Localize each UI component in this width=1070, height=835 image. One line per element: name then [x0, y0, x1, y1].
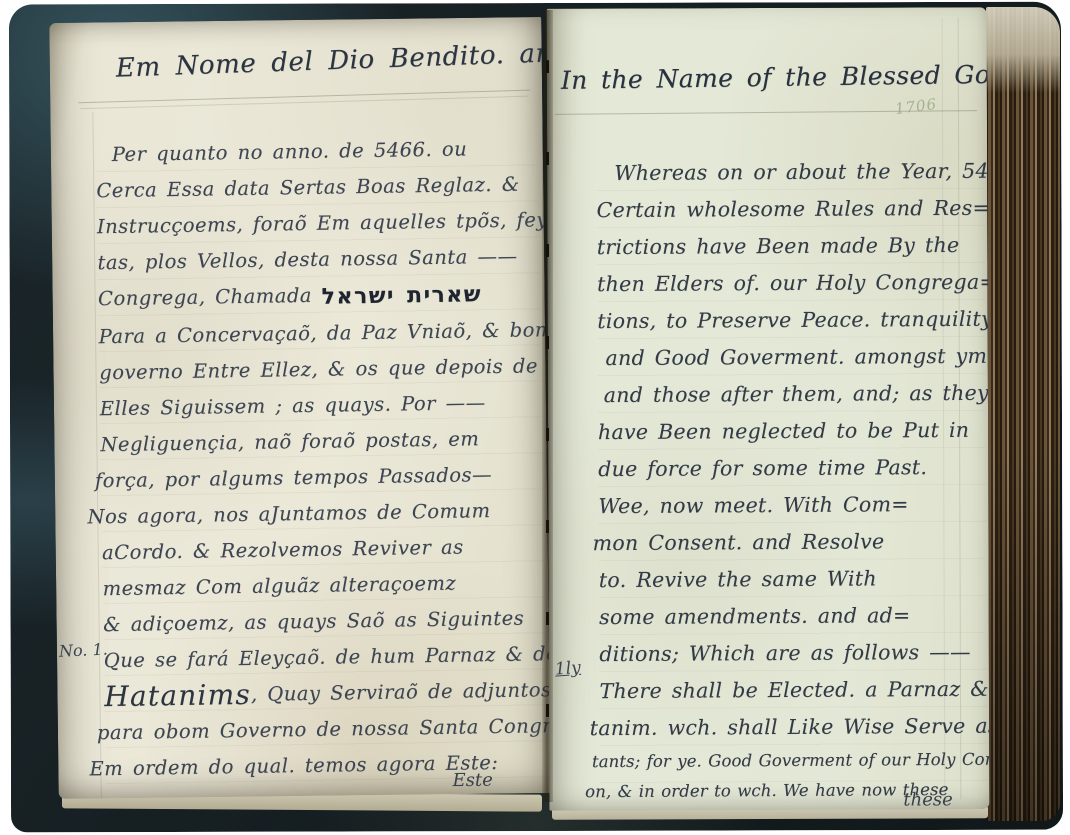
right-catchword: these	[903, 789, 952, 810]
page-edge-stack	[986, 7, 1060, 821]
manuscript-photo: Em Nome del Dio Bendito. amen Per quanto…	[0, 0, 1070, 835]
manuscript-line: ditions; Which are as follows ——	[599, 634, 987, 673]
line-text: Congrega, Chamada	[98, 284, 322, 311]
right-page-header: In the Name of the Blessed God. Amen~~~	[561, 57, 990, 94]
manuscript-line: and those after them, and; as they	[604, 375, 986, 414]
faded-date-note: 1706	[894, 95, 938, 118]
line-text: , Quay Serviraõ de adjuntos	[251, 678, 551, 706]
left-margin-article-number: No. 1.	[59, 640, 109, 661]
right-margin-article-number: 1ly	[554, 658, 581, 680]
left-catchword: Este	[452, 770, 493, 791]
left-page: Em Nome del Dio Bendito. amen Per quanto…	[49, 17, 550, 799]
manuscript-line: have Been neglected to be Put in	[598, 412, 986, 451]
manuscript-line: due force for some time Past.	[598, 449, 986, 488]
manuscript-line: Nos agora, nos aJuntamos de Comum	[87, 492, 544, 535]
hebrew-congregation-name: שארית ישראל	[321, 282, 482, 310]
manuscript-line: trictions have Been made By the	[597, 227, 985, 266]
manuscript-line: Wee, now meet. With Com=	[598, 486, 986, 525]
right-page-body: Whereas on or about the Year, 5466 Certa…	[596, 153, 988, 807]
manuscript-line: tions, to Preserve Peace. tranquility.	[597, 301, 985, 340]
manuscript-line: Whereas on or about the Year, 5466	[614, 153, 984, 192]
binding-gutter	[542, 10, 553, 802]
header-rule	[80, 96, 528, 110]
manuscript-line: tants; for ye. Good Goverment of our Hol…	[592, 745, 988, 777]
binding-stitches	[546, 60, 549, 770]
right-page: In the Name of the Blessed God. Amen~~~ …	[547, 7, 990, 811]
left-page-body: Per quanto no anno. de 5466. ou Cerca Es…	[96, 130, 548, 787]
header-text: In the Name of the Blessed God. Amen	[561, 58, 990, 95]
manuscript-line: tanim. wch. shall Like Wise Serve as ass…	[590, 708, 988, 747]
manuscript-line: mon Consent. and Resolve	[593, 523, 987, 562]
manuscript-line: and Good Goverment. amongst ym,	[605, 338, 985, 377]
manuscript-line: then Elders of. our Holy Congrega=	[597, 264, 985, 303]
edge-shadow	[986, 7, 1060, 821]
manuscript-line: Certain wholesome Rules and Res=	[596, 190, 984, 229]
left-page-header: Em Nome del Dio Bendito. amen	[115, 37, 550, 84]
manuscript-line: There shall be Elected. a Parnaz & Two, …	[599, 671, 987, 710]
manuscript-line: to. Revive the same With	[599, 560, 987, 599]
emphasized-word-hatanims: Hatanims	[104, 678, 251, 713]
manuscript-line: some amendments. and ad=	[599, 597, 987, 636]
